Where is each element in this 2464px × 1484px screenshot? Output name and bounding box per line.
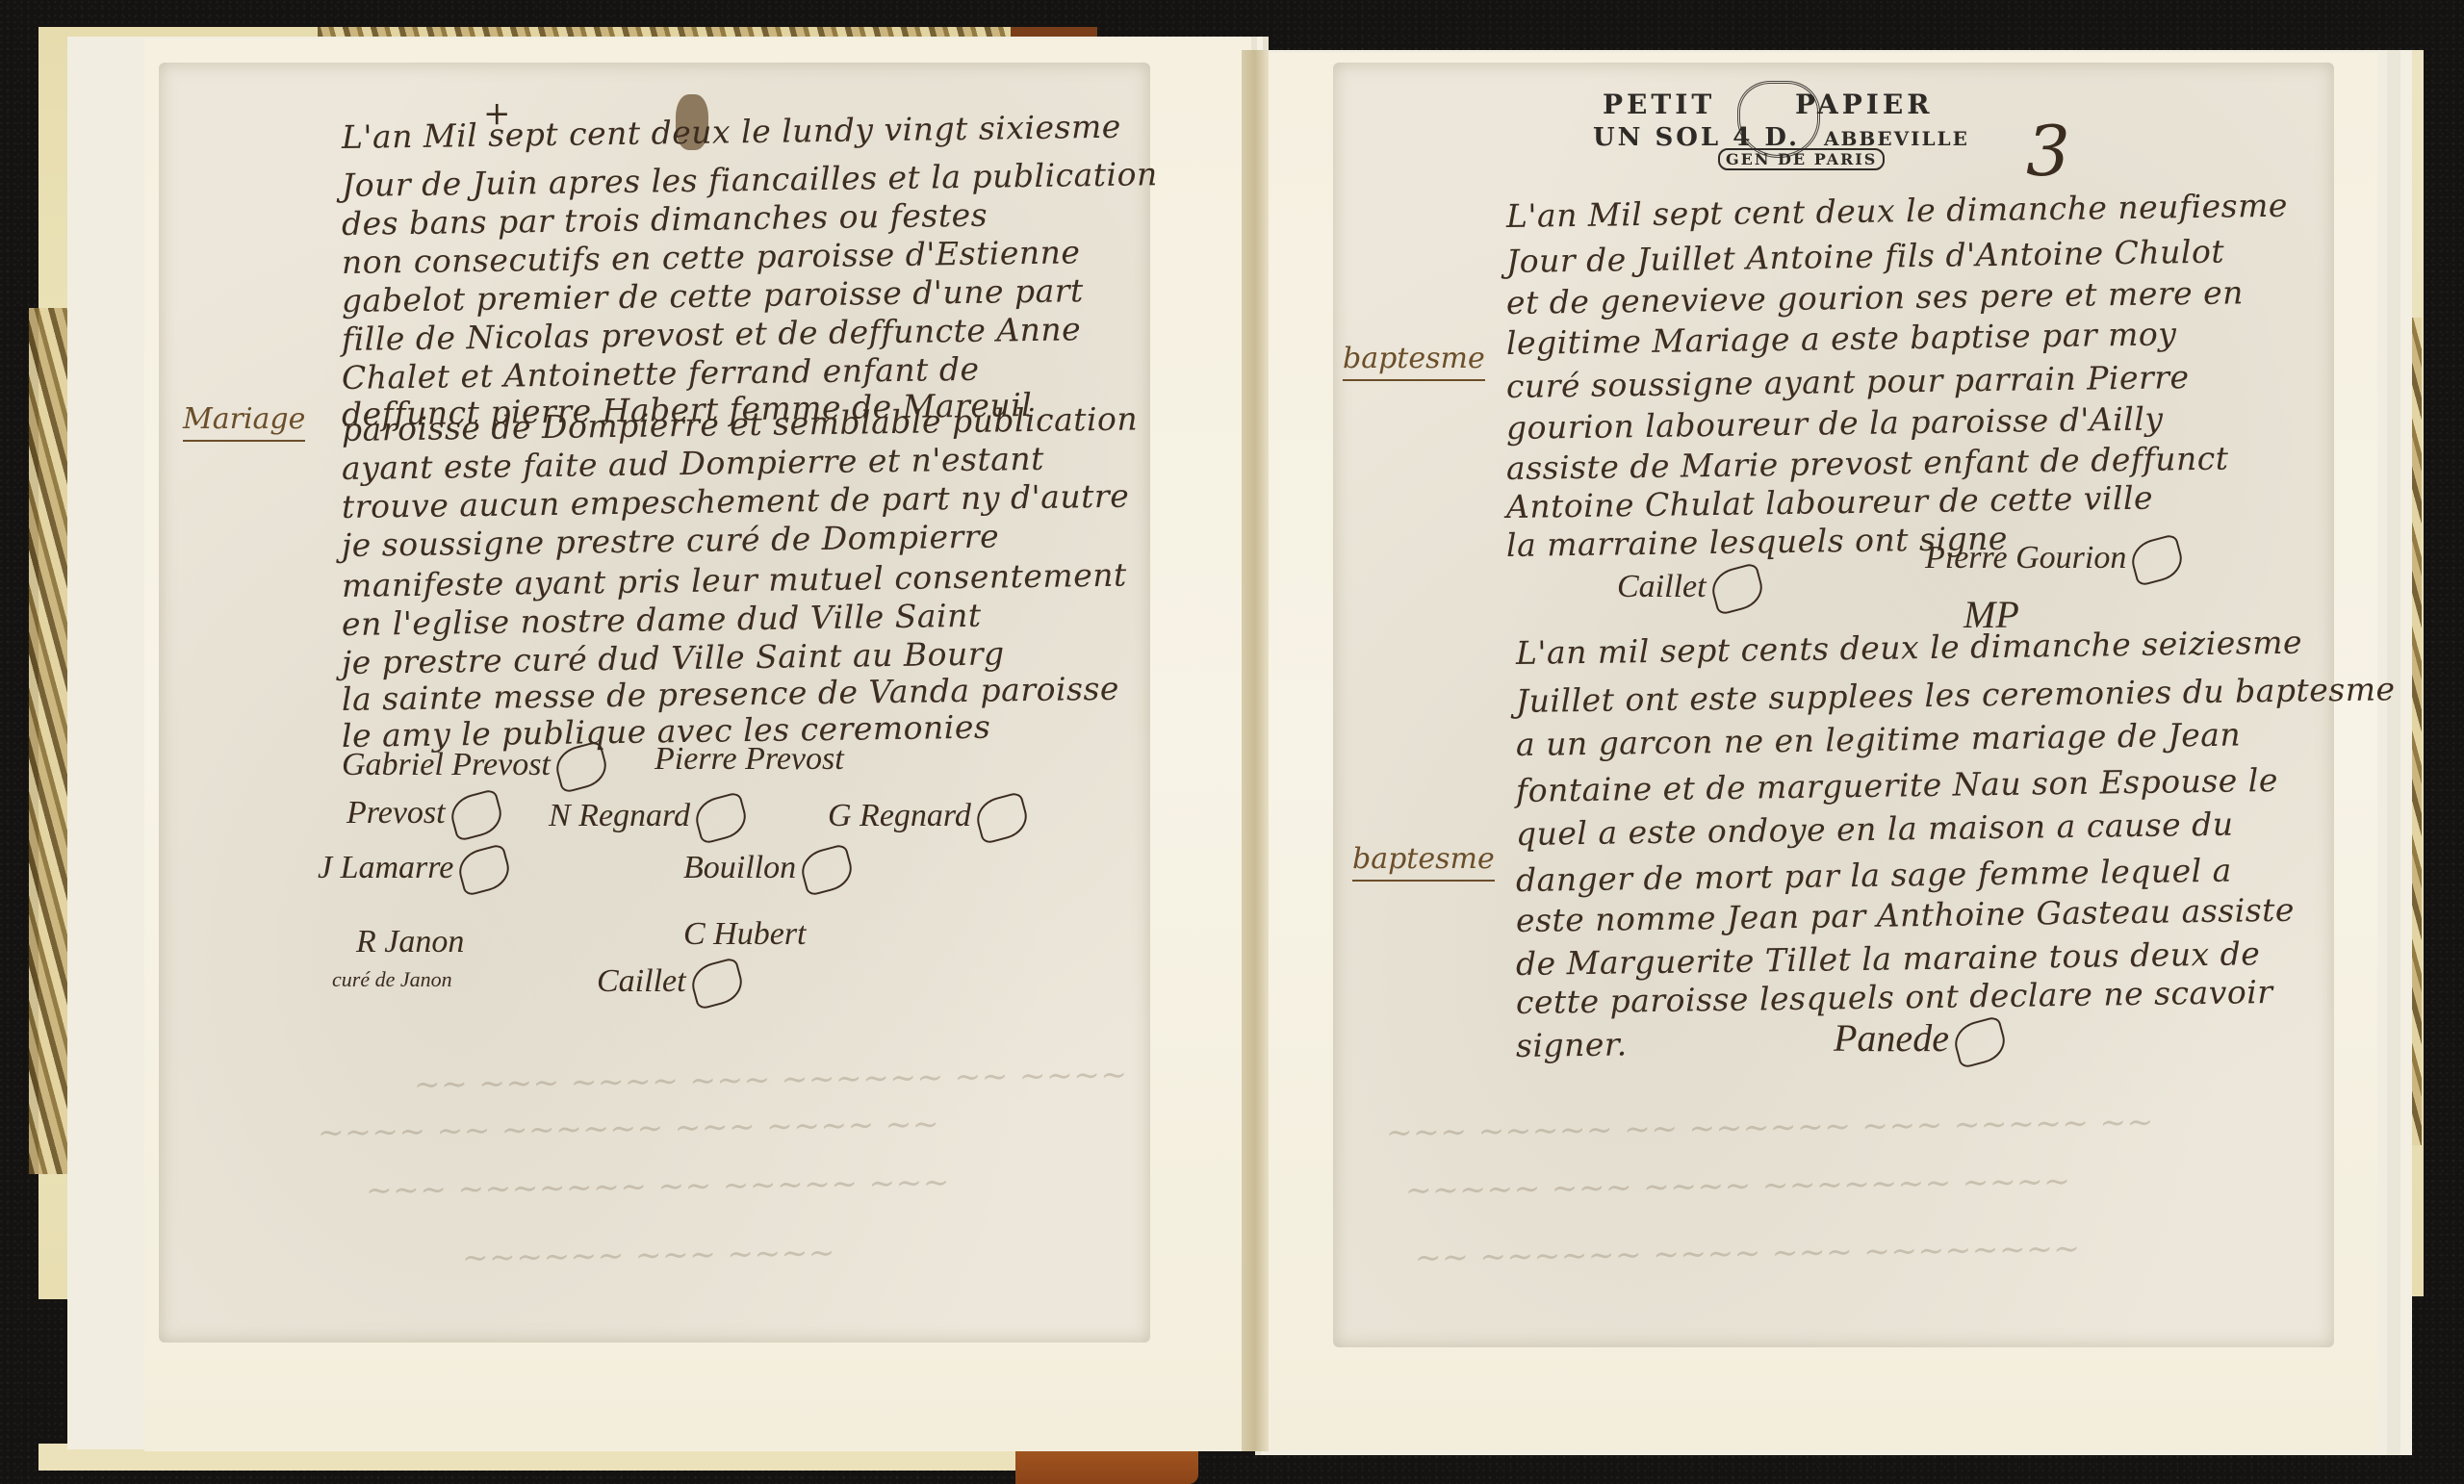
signature: Panede	[1834, 1015, 2005, 1063]
text-line: curé soussigne ayant pour parrain Pierre	[1506, 361, 2190, 402]
text-line: gabelot premier de cette paroisse d'une …	[342, 274, 1084, 317]
paraphe-flourish	[687, 957, 747, 1011]
signature: Prevost	[346, 794, 501, 836]
text-line: cette paroisse lesquels ont declare ne s…	[1516, 976, 2273, 1018]
paraphe-flourish	[2128, 533, 2188, 587]
paraphe-flourish	[972, 791, 1032, 845]
bleed-text: ​~~~ ~~~~~~~ ~~ ~~~~~ ~~~	[366, 1166, 950, 1206]
text-line: en l'eglise nostre dame dud Ville Saint	[342, 600, 982, 640]
text-line: Jour de Juillet Antoine fils d'Antoine C…	[1506, 236, 2225, 277]
signature: C Hubert	[683, 916, 807, 953]
margin-note-baptesme: baptesme	[1352, 842, 1495, 882]
text-line: des bans par trois dimanches ou festes	[342, 199, 988, 240]
text-line: signer.	[1516, 1028, 1628, 1062]
text-line: legitime Mariage a este baptise par moy	[1506, 318, 2177, 359]
margin-note-mariage: Mariage	[183, 402, 305, 442]
text-line: L'an Mil sept cent deux le lundy vingt s…	[342, 111, 1121, 153]
paraphe-flourish	[797, 843, 857, 897]
text-line: L'an Mil sept cent deux le dimanche neuf…	[1506, 190, 2288, 232]
text-line: la sainte messe de presence de Vanda par…	[342, 673, 1119, 715]
signature-caption: curé de Janon	[332, 967, 452, 992]
text-line: ayant este faite aud Dompierre et n'esta…	[342, 443, 1044, 484]
text-line: a un garcon ne en legitime mariage de Je…	[1516, 718, 2242, 760]
paraphe-flourish	[1950, 1015, 2010, 1069]
text-line: et de genevieve gourion ses pere et mere…	[1506, 276, 2244, 319]
leather-spine-bottom	[1015, 1451, 1198, 1484]
text-line: fille de Nicolas prevost et de deffuncte…	[342, 313, 1082, 355]
bleed-text: ​~~ ~~~~~~ ~~~~ ~~~ ~~~~~~~~	[1415, 1232, 2081, 1273]
signature: Gabriel Prevost	[342, 746, 606, 788]
signature: J Lamarre	[318, 849, 509, 891]
folio-number: 3	[2026, 111, 2070, 192]
bleed-text: ​~~ ~~~ ~~~~ ~~~ ~~~~~~ ~~ ~~~~	[414, 1059, 1128, 1100]
text-line: non consecutifs en cette paroisse d'Esti…	[342, 236, 1081, 278]
signature: Caillet	[597, 962, 742, 1005]
signature: G Regnard	[828, 797, 1027, 839]
signature: Pierre Gourion	[1925, 539, 2182, 581]
signature: Pierre Prevost	[654, 741, 844, 778]
text-line: fontaine et de marguerite Nau son Espous…	[1516, 764, 2278, 806]
text-line: este nomme Jean par Anthoine Gasteau ass…	[1516, 894, 2295, 936]
signature: Bouillon	[683, 849, 852, 891]
marbled-endpaper-right	[2393, 318, 2422, 1145]
bleed-text: ​~~~~~~ ~~~ ~~~~	[462, 1237, 835, 1273]
paraphe-flourish	[1707, 562, 1767, 616]
book-gutter	[1242, 50, 1269, 1451]
signature: Caillet	[1617, 568, 1762, 610]
text-line: de Marguerite Tillet la maraine tous deu…	[1516, 937, 2261, 980]
paraphe-flourish	[552, 740, 611, 794]
text-line: quel a este ondoye en la maison a cause …	[1516, 808, 2234, 850]
text-line: danger de mort par la sage femme lequel …	[1516, 855, 2232, 896]
text-line: assiste de Marie prevost enfant de deffu…	[1506, 443, 2229, 484]
bleed-text: ​~~~~~ ~~~ ~~~~ ~~~~~~~ ~~~~	[1405, 1164, 2071, 1206]
text-line: Antoine Chulat laboureur de cette ville	[1506, 482, 2154, 523]
bleed-text: ​~~~~ ~~ ~~~~~~ ~~~ ~~~~ ~~	[318, 1108, 940, 1148]
bleed-text: ​~~~ ~~~~~ ~~ ~~~~~~ ~~~ ~~~~~ ~~	[1386, 1106, 2154, 1148]
text-line: gourion laboureur de la paroisse d'Ailly	[1506, 402, 2164, 444]
paraphe-flourish	[455, 843, 515, 897]
paraphe-flourish	[447, 788, 506, 842]
margin-note-baptesme: baptesme	[1343, 342, 1485, 381]
signature: N Regnard	[549, 797, 746, 839]
paraphe-flourish	[691, 791, 751, 845]
open-register-book: + Mariage L'an Mil sept cent deux le lun…	[0, 0, 2464, 1484]
signature: R Janon	[356, 924, 464, 960]
tax-stamp-petit-papier: PETIT UN SOL 4 D. PAPIER ABBEVILLE GEN D…	[1593, 81, 1997, 177]
text-line: je soussigne prestre curé de Dompierre	[342, 520, 1000, 561]
